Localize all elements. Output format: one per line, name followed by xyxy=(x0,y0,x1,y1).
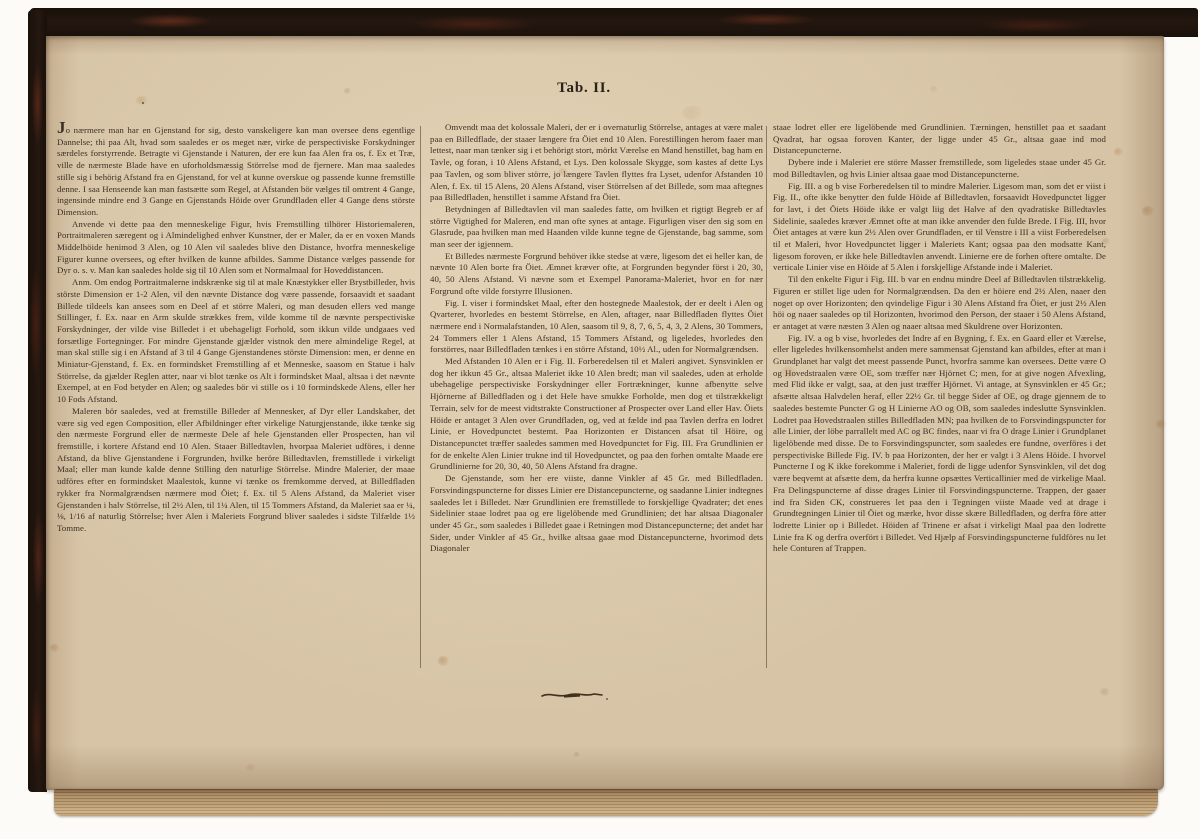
paragraph: staae lodret eller ere ligelöbende med G… xyxy=(773,122,1106,157)
text-column-3: staae lodret eller ere ligelöbende med G… xyxy=(773,122,1106,555)
paragraph: Maleren bör saaledes, ved at fremstille … xyxy=(57,406,415,535)
book-fore-edge-bottom xyxy=(54,789,1158,816)
foxing-spot xyxy=(1100,688,1110,696)
foxing-spot xyxy=(1142,206,1154,216)
paragraph: Omvendt maa det kolossale Maleri, der er… xyxy=(430,122,763,204)
paragraph: Fig. IV. a og b vise, hvorledes det Indr… xyxy=(773,333,1106,555)
paragraph: Til den enkelte Figur i Fig. III. b var … xyxy=(773,274,1106,333)
foxing-spot xyxy=(682,106,704,120)
book-cover-edge-top xyxy=(30,8,1198,37)
column-divider-rule-left xyxy=(420,126,421,668)
paragraph: Anvende vi dette paa den menneskelige Fi… xyxy=(57,219,415,278)
page-paper: Tab. II. Jo nærmere man har en Gjenstand… xyxy=(46,36,1164,790)
scanned-book-page: Tab. II. Jo nærmere man har en Gjenstand… xyxy=(0,0,1200,839)
paragraph: Betydningen af Billedtavlen vil man saal… xyxy=(430,204,763,251)
paragraph: Dybere inde i Maleriet ere större Masser… xyxy=(773,157,1106,180)
foxing-spot xyxy=(781,366,797,379)
foxing-spot xyxy=(930,86,938,92)
foxing-spot xyxy=(50,644,59,652)
text-column-2: Omvendt maa det kolossale Maleri, der er… xyxy=(430,122,763,555)
foxing-spot xyxy=(574,752,580,757)
foxing-spot xyxy=(1156,420,1166,429)
paragraph: Anm. Om endog Portraitmalerne indskrænke… xyxy=(57,277,415,406)
book-cover-edge-left xyxy=(28,10,47,792)
paragraph: Fig. I. viser i formindsket Maal, efter … xyxy=(430,298,763,357)
paragraph: Et Billedes nærmeste Forgrund behöver ik… xyxy=(430,251,763,298)
foxing-spot xyxy=(1114,148,1123,156)
page-title: Tab. II. xyxy=(524,80,644,97)
paragraph: Jo nærmere man har en Gjenstand for sig,… xyxy=(57,122,415,219)
ink-speck xyxy=(142,102,144,104)
text-column-1: Jo nærmere man har en Gjenstand for sig,… xyxy=(57,122,415,535)
foxing-spot xyxy=(1102,238,1110,245)
paragraph: De Gjenstande, som her ere viiste, danne… xyxy=(430,473,763,555)
foxing-spot xyxy=(246,764,256,771)
foxing-spot xyxy=(438,656,449,666)
ink-speck xyxy=(606,698,608,700)
ornament-divider xyxy=(540,690,604,700)
paragraph: Fig. III. a og b vise Forberedelsen til … xyxy=(773,181,1106,275)
foxing-spot xyxy=(344,88,351,94)
column-divider-rule-right xyxy=(766,126,767,668)
foxing-spot xyxy=(558,168,568,176)
paragraph: Med Afstanden 10 Alen er i Fig. II. Forb… xyxy=(430,356,763,473)
